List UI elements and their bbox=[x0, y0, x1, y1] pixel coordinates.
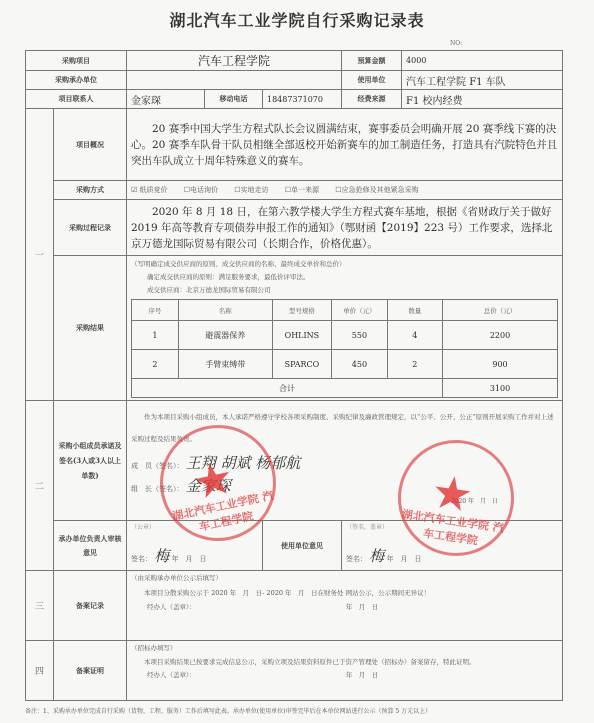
method-option[interactable]: ☐应急抢修及其他紧急采购 bbox=[335, 186, 418, 194]
section-2-number: 二 bbox=[26, 401, 54, 571]
filing-proof-text: 本项目采购结果已按要求完成信息公示，采购立项及结果资料原件已于资产管理处（招标办… bbox=[131, 655, 558, 669]
cell: 避震器保养 bbox=[178, 321, 272, 350]
handler-label: 经办人（盖章）： bbox=[147, 671, 196, 679]
section-4-number: 四 bbox=[26, 641, 54, 701]
table-row: 2 手臂束缚带 SPARCO 450 2 900 bbox=[132, 350, 558, 379]
handler-date: 年 月 日 bbox=[346, 671, 379, 679]
project-label: 采购项目 bbox=[26, 51, 127, 71]
cell: 4 bbox=[387, 321, 442, 350]
user-unit-label: 使用单位 bbox=[342, 71, 402, 90]
result-principle: 确定成交供应商的原则：满足服务要求，最低价评审法。 bbox=[131, 271, 558, 284]
undertaker-opinion-label: 承办单位负责人审核意见 bbox=[54, 521, 127, 571]
table-row: 1 避震器保养 OHLINS 550 4 2200 bbox=[132, 321, 558, 350]
col-header: 数量 bbox=[387, 300, 442, 321]
sign-label: 签名： bbox=[131, 555, 152, 563]
process-label: 采购过程记录 bbox=[54, 200, 127, 256]
form-number: NO: bbox=[450, 40, 462, 47]
method-label: 采购方式 bbox=[54, 181, 127, 200]
filing-record-hint: （由采购承办单位公示后填写） bbox=[131, 572, 558, 585]
filing-proof-hint: （招标办填写） bbox=[131, 642, 558, 655]
result-cell: （写明确定成交供应商的原则、成交供应商的名称、最终成交单价和总价） 确定成交供应… bbox=[127, 256, 563, 401]
date-placeholder: 年 月 日 bbox=[387, 555, 422, 563]
user-signature: 梅 bbox=[369, 547, 384, 565]
filing-record-label: 备案记录 bbox=[54, 571, 127, 641]
filing-proof-label: 备案证明 bbox=[54, 641, 127, 701]
col-header: 名称 bbox=[178, 300, 272, 321]
filing-proof-cell: （招标办填写） 本项目采购结果已按要求完成信息公示，采购立项及结果资料原件已于资… bbox=[127, 641, 563, 701]
date-placeholder: 年 月 日 bbox=[171, 555, 206, 563]
overview-label: 项目概况 bbox=[54, 109, 127, 181]
cell: 2200 bbox=[442, 321, 557, 350]
cell: 450 bbox=[332, 350, 387, 379]
result-supplier: 成交供应商：北京万德龙国际贸易有限公司 bbox=[131, 284, 558, 297]
section-3-number: 三 bbox=[26, 571, 54, 641]
total-value: 3100 bbox=[442, 379, 557, 398]
undertaking-value bbox=[127, 71, 342, 90]
method-option[interactable]: ☐单一来源 bbox=[285, 186, 319, 194]
sign-label: 签名： bbox=[346, 555, 367, 563]
process-text: 2020 年 8 月 18 日，在第六教学楼大学生方程式赛车基地，根据《省财政厅… bbox=[127, 200, 563, 256]
contact-label: 项目联系人 bbox=[26, 90, 127, 109]
phone-label: 移动电话 bbox=[205, 90, 263, 109]
procurement-record-form: 采购项目 汽车工程学院 预算金额 4000 采购承办单位 使用单位 汽车工程学院… bbox=[25, 50, 563, 701]
fund-value: F1 校内经费 bbox=[402, 90, 563, 109]
section-1-number: 一 bbox=[26, 109, 54, 401]
method-option[interactable]: ☐实地走访 bbox=[234, 186, 268, 194]
undertaking-label: 采购承办单位 bbox=[26, 71, 127, 90]
cell: 1 bbox=[132, 321, 179, 350]
cell: 900 bbox=[442, 350, 557, 379]
cell: 2 bbox=[387, 350, 442, 379]
method-option[interactable]: ☑ 纸质竞价 bbox=[131, 186, 168, 194]
checkbox-checked-icon[interactable]: ☑ bbox=[131, 186, 137, 194]
cell: 550 bbox=[332, 321, 387, 350]
footnote: 备注：1、采购承办单位完成自行采购（货物、工程、服务）工作后填写此表。承办单位(… bbox=[25, 706, 570, 715]
total-label: 合计 bbox=[132, 379, 443, 398]
items-table: 序号 名称 型号规格 单价（元） 数量 总价（元） 1 避震器保养 OHLINS… bbox=[131, 299, 558, 398]
group-label: 采购小组成员承诺及签名(3人或3人以上单数) bbox=[54, 401, 127, 521]
method-options: ☑ 纸质竞价 ☐电话询价 ☐实地走访 ☐单一来源 ☐应急抢修及其他紧急采购 bbox=[127, 181, 563, 200]
result-hint: （写明确定成交供应商的原则、成交供应商的名称、最终成交单价和总价） bbox=[131, 258, 558, 271]
cell: SPARCO bbox=[272, 350, 332, 379]
col-header: 型号规格 bbox=[272, 300, 332, 321]
cell: 手臂束缚带 bbox=[178, 350, 272, 379]
form-title: 湖北汽车工业学院自行采购记录表 bbox=[0, 8, 594, 31]
fund-label: 经费来源 bbox=[342, 90, 402, 109]
contact-value: 金家琛 bbox=[127, 90, 205, 109]
user-unit-value: 汽车工程学院 F1 车队 bbox=[402, 71, 563, 90]
phone-value: 18487371070 bbox=[263, 90, 342, 109]
col-header: 单价（元） bbox=[332, 300, 387, 321]
method-option[interactable]: ☐电话询价 bbox=[184, 186, 218, 194]
filing-record-text: 本项目分散采购公示于 2020 年 月 日- 2020 年 月 日在财务处 网站… bbox=[131, 585, 558, 601]
result-label: 采购结果 bbox=[54, 256, 127, 401]
budget-label: 预算金额 bbox=[342, 51, 402, 71]
undertaker-signature: 梅 bbox=[154, 547, 169, 565]
filing-record-cell: （由采购承办单位公示后填写） 本项目分散采购公示于 2020 年 月 日- 20… bbox=[127, 571, 563, 641]
project-value: 汽车工程学院 bbox=[127, 51, 342, 71]
col-header: 序号 bbox=[132, 300, 179, 321]
budget-value: 4000 bbox=[402, 51, 563, 71]
handler-date: 年 月 日 bbox=[346, 603, 379, 611]
user-unit-opinion-label: 使用单位意见 bbox=[263, 521, 342, 571]
overview-text: 20 赛季中国大学生方程式队长会议圆满结束，赛事委员会明确开展 20 赛季线下赛… bbox=[127, 109, 563, 181]
cell: OHLINS bbox=[272, 321, 332, 350]
cell: 2 bbox=[132, 350, 179, 379]
handler-label: 经办人（盖章）： bbox=[147, 603, 196, 611]
col-header: 总价（元） bbox=[442, 300, 557, 321]
